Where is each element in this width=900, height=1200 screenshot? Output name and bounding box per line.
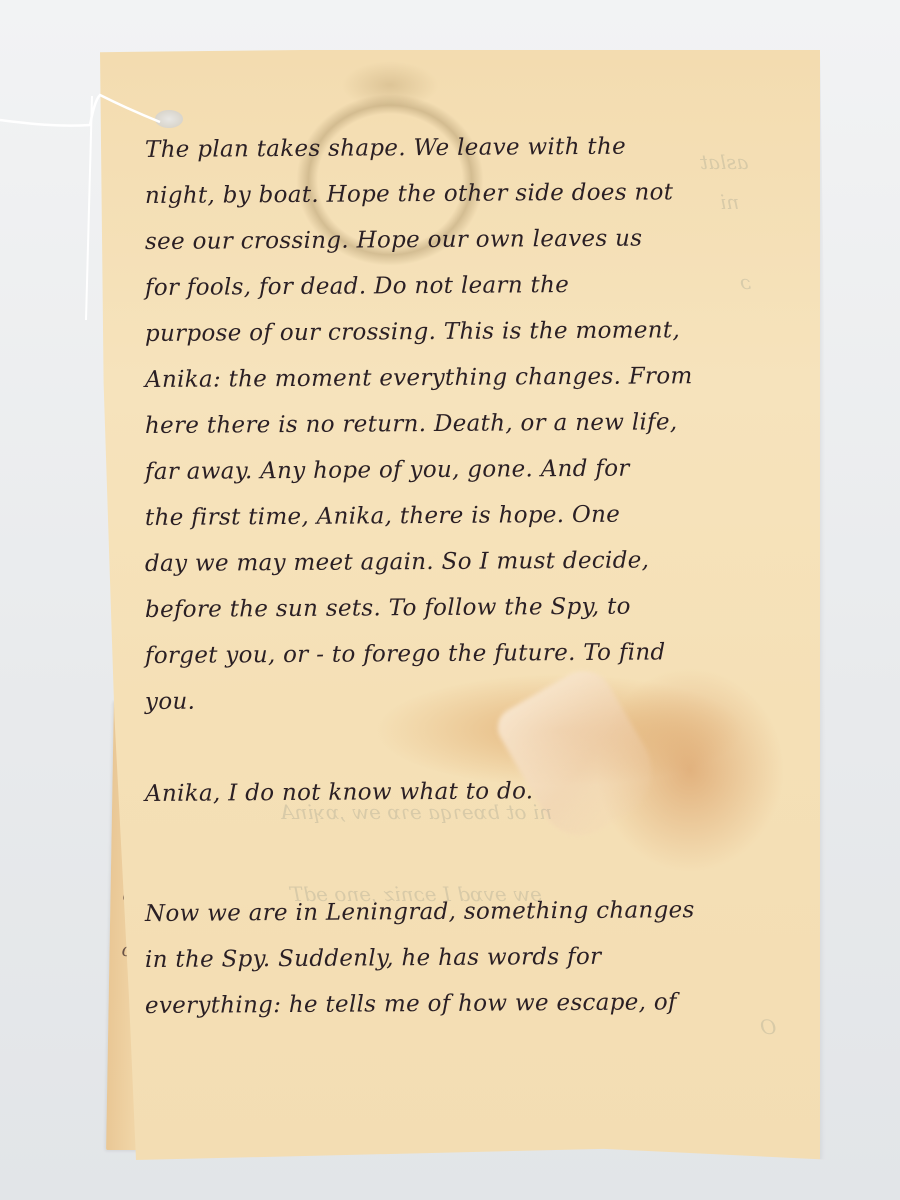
photo-scene: c c c c aslat ni ɔ ni ot bɒɘɿqa ɘɿɒ ɘw ,… [0, 0, 900, 1200]
handwritten-text: The plan takes shape. We leave with the … [145, 127, 805, 1029]
text-line: for fools, for dead. Do not learn the [145, 260, 805, 311]
text-line: Anika, I do not know what to do. [145, 766, 805, 817]
text-line: Anika: the moment everything changes. Fr… [145, 352, 805, 403]
text-line: The plan takes shape. We leave with the [145, 122, 805, 173]
text-line: purpose of our crossing. This is the mom… [145, 306, 805, 357]
text-line: forget you, or - to forego the future. T… [145, 628, 805, 679]
text-line: here there is no return. Death, or a new… [145, 398, 805, 449]
text-line: far away. Any hope of you, gone. And for [145, 444, 805, 495]
text-line: before the sun sets. To follow the Spy, … [145, 582, 805, 633]
text-line: everything: he tells me of how we escape… [145, 978, 805, 1029]
text-line: see our crossing. Hope our own leaves us [145, 214, 805, 265]
text-line: you. [145, 674, 805, 725]
paragraph-1: The plan takes shape. We leave with the … [145, 127, 805, 725]
paragraph-3: Now we are in Leningrad, something chang… [145, 891, 805, 1029]
paragraph-2: Anika, I do not know what to do. [145, 771, 805, 817]
text-line: in the Spy. Suddenly, he has words for [145, 932, 805, 983]
text-line: the first time, Anika, there is hope. On… [145, 490, 805, 541]
text-line: Now we are in Leningrad, something chang… [145, 886, 805, 937]
text-line: night, by boat. Hope the other side does… [145, 168, 805, 219]
punch-hole [155, 110, 183, 128]
text-line: day we may meet again. So I must decide, [145, 536, 805, 587]
